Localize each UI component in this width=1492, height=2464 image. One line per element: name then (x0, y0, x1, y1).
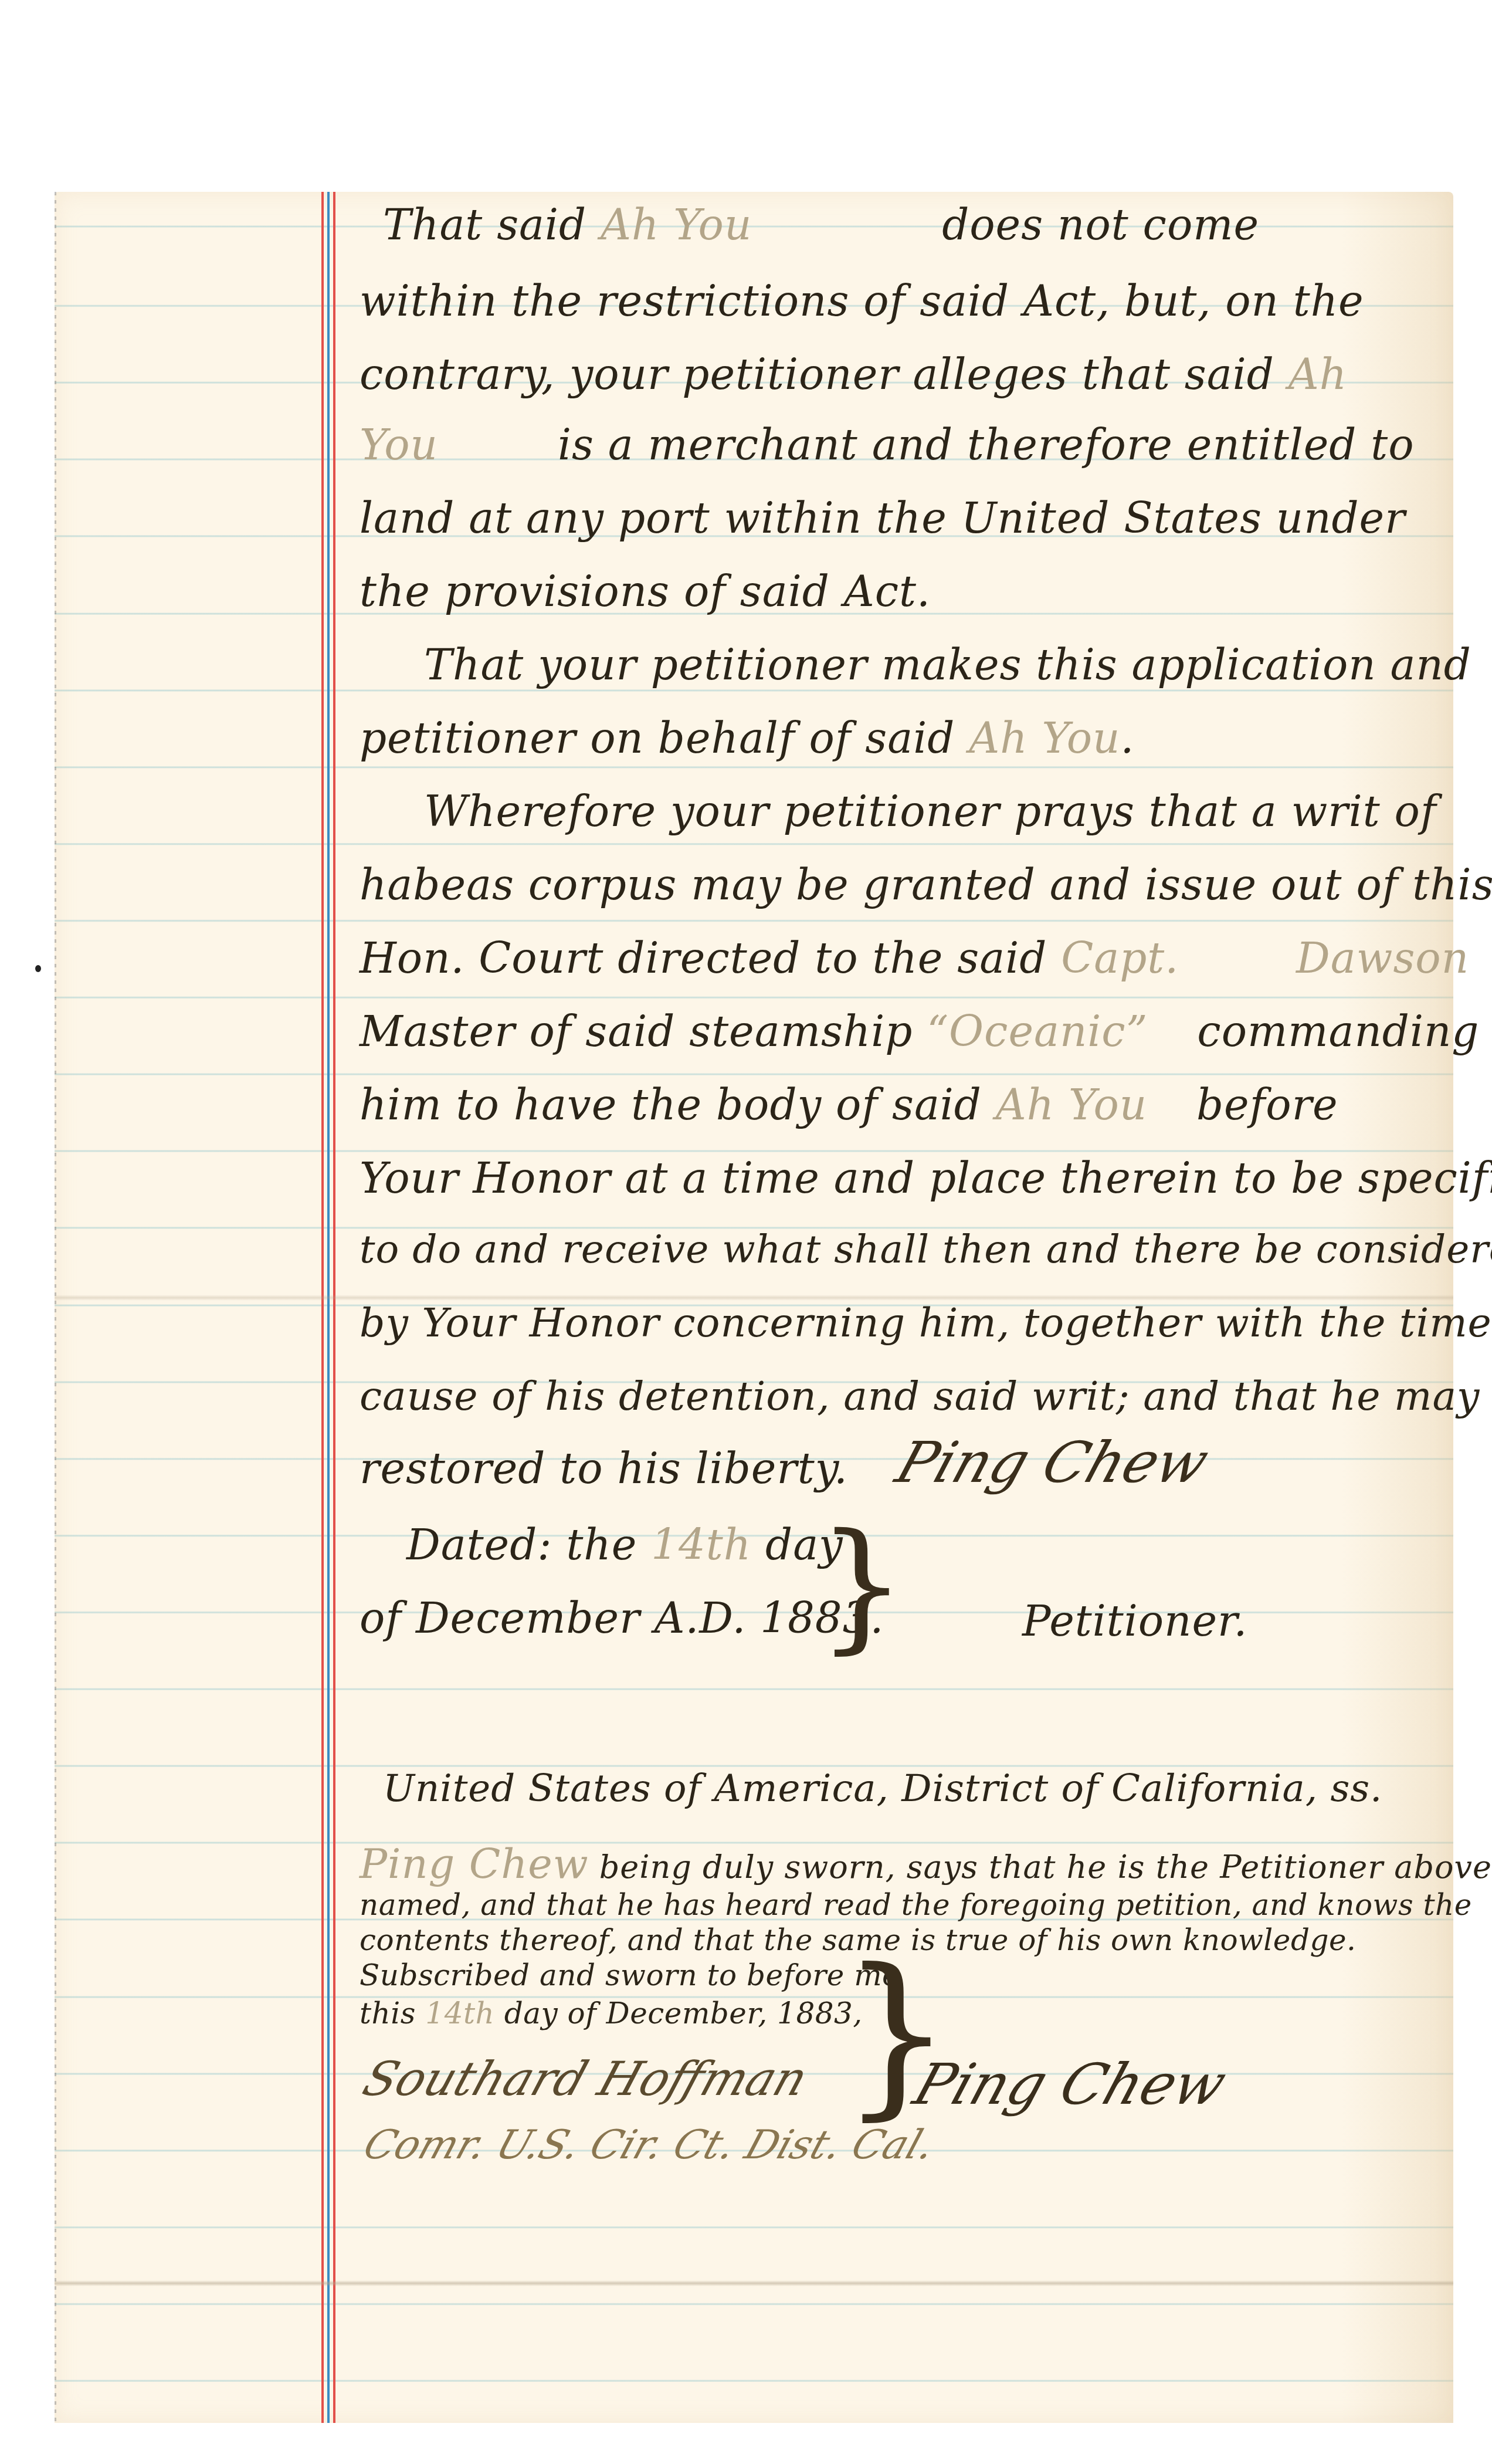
body-line: within the restrictions of said Act, but… (360, 280, 1418, 322)
filled-name: Ah (1288, 350, 1347, 399)
body-line: restored to his liberty. (360, 1447, 1418, 1490)
filled-name: Ah You (996, 1080, 1147, 1129)
margin-rule-red-left (321, 192, 324, 2423)
filled-name: “Oceanic” (927, 1007, 1148, 1056)
body-line: You is a merchant and therefore entitled… (360, 424, 1418, 466)
body-line: That said Ah You does not come (383, 204, 1418, 246)
body-line: by Your Honor concerning him, together w… (360, 1304, 1418, 1343)
affiant-signature: Ping Chew (906, 2052, 1235, 2117)
filled-day: 14th (425, 1996, 494, 2030)
jurat-line-1: Ping Chew being duly sworn, says that he… (360, 1843, 1418, 1884)
body-line: the provisions of said Act. (360, 570, 1418, 612)
body-line: Hon. Court directed to the said Capt.Daw… (360, 937, 1418, 979)
filled-name: Ah You (601, 200, 752, 249)
date-brace: } (817, 1515, 907, 1656)
notary-signature: Southard Hoffman (357, 2052, 815, 2106)
body-line: cause of his detention, and said writ; a… (360, 1377, 1418, 1417)
body-line: petitioner on behalf of said Ah You. (360, 717, 1418, 759)
filled-name: You (360, 420, 438, 469)
body-line: Master of said steamship “Oceanic” comma… (360, 1010, 1418, 1052)
body-line: contrary, your petitioner alleges that s… (360, 353, 1418, 395)
affiant-name: Ping Chew (360, 1840, 589, 1888)
body-line: him to have the body of said Ah You befo… (360, 1084, 1418, 1126)
body-line: That your petitioner makes this applicat… (360, 644, 1418, 686)
body-line: Wherefore your petitioner prays that a w… (360, 790, 1418, 832)
body-line: to do and receive what shall then and th… (360, 1230, 1418, 1269)
document-page: That said Ah You does not come within th… (55, 192, 1453, 2423)
body-line: Your Honor at a time and place therein t… (360, 1157, 1418, 1199)
scan-speck (35, 965, 41, 972)
filled-name: Capt. (1061, 933, 1179, 983)
dated-line: Dated: the 14th day (406, 1524, 1418, 1566)
notary-title: Comr. U.S. Cir. Ct. Dist. Cal. (358, 2122, 941, 2168)
margin-rule-blue (327, 192, 330, 2423)
petitioner-signature: Ping Chew (889, 1430, 1217, 1495)
jurat-venue: United States of America, District of Ca… (383, 1770, 1418, 1808)
filled-name: Ah You (969, 713, 1120, 763)
paper-fold-lower (55, 2280, 1453, 2286)
body-line: habeas corpus may be granted and issue o… (360, 864, 1418, 906)
petitioner-label: Petitioner. (1022, 1600, 1418, 1642)
filled-day: 14th (651, 1520, 751, 1569)
jurat-line-2: named, and that he has heard read the fo… (360, 1890, 1418, 1920)
body-line: land at any port within the United State… (360, 497, 1418, 539)
margin-rule-red-right (333, 192, 335, 2423)
filled-name: Dawson (1296, 933, 1469, 983)
paper-edge (55, 192, 56, 2423)
